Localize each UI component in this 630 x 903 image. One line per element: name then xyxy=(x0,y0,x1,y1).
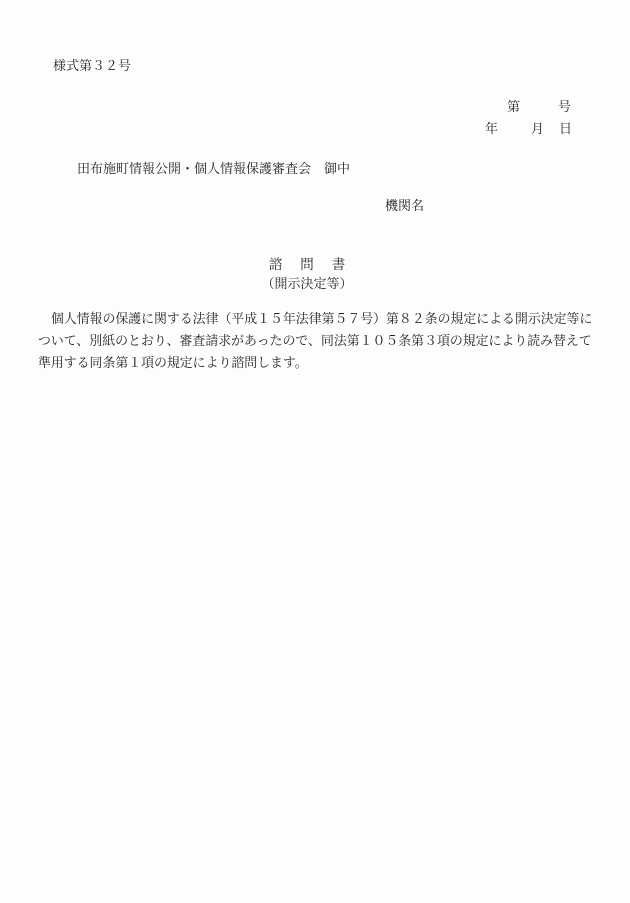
body-line-3: 準用する同条第１項の規定により諮問します。 xyxy=(38,353,592,375)
body-paragraph: 個人情報の保護に関する法律（平成１５年法律第５７号）第８２条の規定による開示決定… xyxy=(38,309,592,375)
addressee-line: 田布施町情報公開・個人情報保護審査会 御中 xyxy=(77,158,350,177)
doc-number-dai-label: 第 xyxy=(507,96,520,115)
document-page: 様式第３２号 第 号 年 月 日 田布施町情報公開・個人情報保護審査会 御中 機… xyxy=(0,0,630,903)
body-line-2: ついて、別紙のとおり、審査請求があったので、同法第１０５条第３項の規定により読み… xyxy=(38,331,592,353)
date-year-label: 年 xyxy=(485,118,498,137)
doc-subtitle: （開示決定等） xyxy=(0,273,622,292)
form-number: 様式第３２号 xyxy=(53,55,131,74)
agency-name-label: 機関名 xyxy=(385,195,424,214)
doc-number-go-label: 号 xyxy=(558,96,571,115)
date-month-label: 月 xyxy=(531,118,544,137)
date-day-label: 日 xyxy=(559,118,572,137)
doc-title: 諮問書 xyxy=(0,253,622,273)
body-line-1: 個人情報の保護に関する法律（平成１５年法律第５７号）第８２条の規定による開示決定… xyxy=(38,309,592,331)
